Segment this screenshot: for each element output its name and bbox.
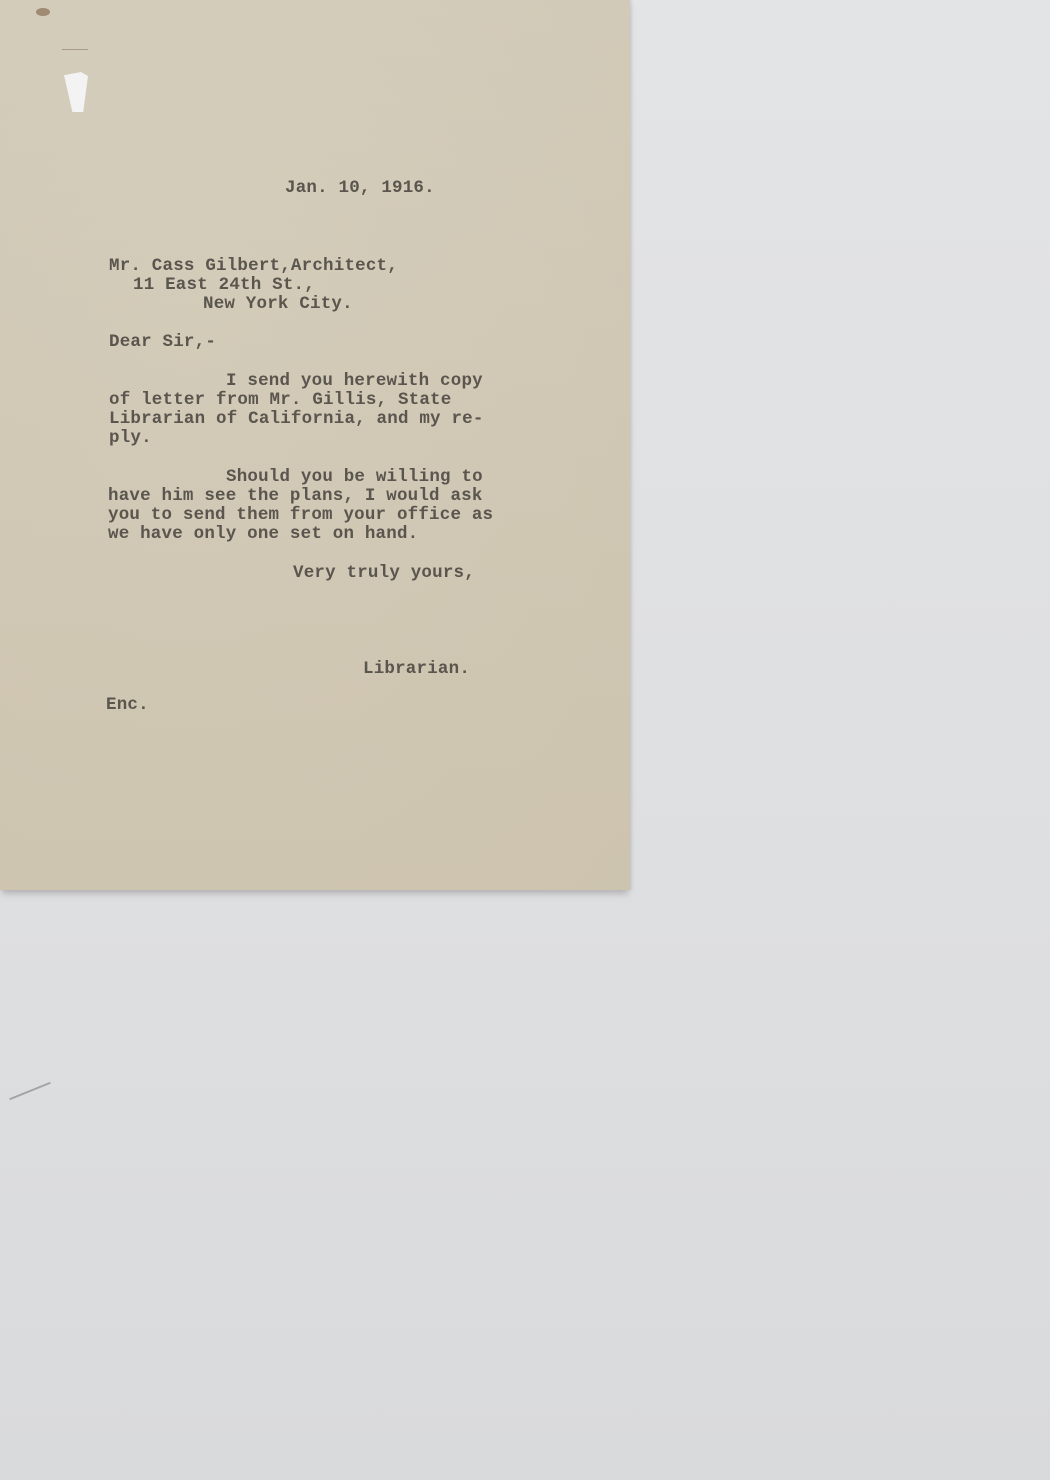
letter-date: Jan. 10, 1916. [285, 179, 435, 198]
paper-stain [36, 8, 50, 16]
paragraph1-line1: I send you herewith copy [226, 372, 483, 391]
closing: Very truly yours, [293, 564, 475, 583]
paragraph2-line3: you to send them from your office as [108, 506, 493, 525]
salutation: Dear Sir,- [109, 333, 216, 352]
letter-page: Jan. 10, 1916. Mr. Cass Gilbert,Architec… [0, 0, 630, 890]
signature-title: Librarian. [363, 660, 470, 679]
recipient-name: Mr. Cass Gilbert,Architect, [109, 257, 398, 276]
punch-hole [64, 72, 88, 112]
paragraph1-line2: of letter from Mr. Gillis, State [109, 391, 451, 410]
enclosure-note: Enc. [106, 696, 149, 715]
paragraph2-line4: we have only one set on hand. [108, 525, 418, 544]
recipient-street: 11 East 24th St., [133, 276, 315, 295]
recipient-city: New York City. [203, 295, 353, 314]
background-mark [9, 1082, 51, 1100]
paragraph2-line1: Should you be willing to [226, 468, 483, 487]
paragraph2-line2: have him see the plans, I would ask [108, 487, 483, 506]
paper-mark [62, 49, 88, 50]
paragraph1-line3: Librarian of California, and my re- [109, 410, 484, 429]
paragraph1-line4: ply. [109, 429, 152, 448]
